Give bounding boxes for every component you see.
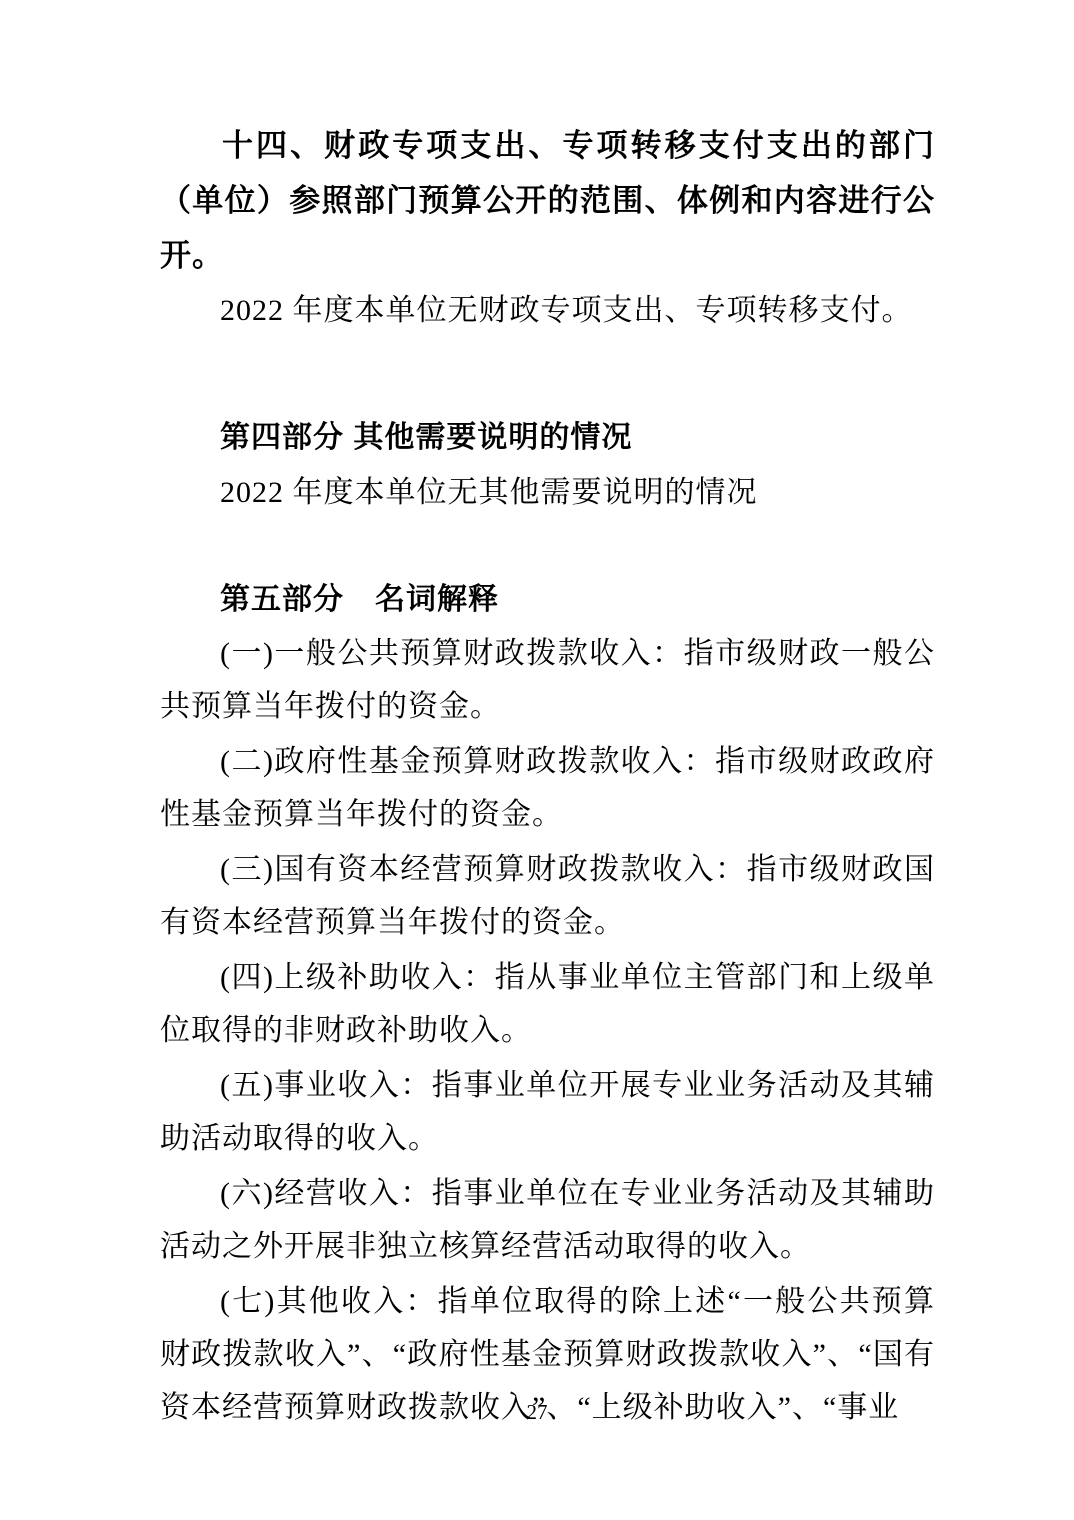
part5-heading: 第五部分 名词解释 [160,572,935,627]
section-14-heading: 十四、财政专项支出、专项转移支付支出的部门（单位）参照部门预算公开的范围、体例和… [160,118,935,283]
page-number: 27 [0,1400,1074,1425]
document-page: 十四、财政专项支出、专项转移支付支出的部门（单位）参照部门预算公开的范围、体例和… [0,0,1074,1520]
definition-item-1: (一)一般公共预算财政拨款收入：指市级财政一般公共预算当年拨付的资金。 [160,627,935,733]
definition-item-4: (四)上级补助收入：指从事业单位主管部门和上级单位取得的非财政补助收入。 [160,951,935,1057]
definition-item-5: (五)事业收入：指事业单位开展专业业务活动及其辅助活动取得的收入。 [160,1059,935,1165]
definition-item-3: (三)国有资本经营预算财政拨款收入：指市级财政国有资本经营预算当年拨付的资金。 [160,843,935,949]
definition-item-6: (六)经营收入：指事业单位在专业业务活动及其辅助活动之外开展非独立核算经营活动取… [160,1167,935,1273]
definition-item-2: (二)政府性基金预算财政拨款收入：指市级财政政府性基金预算当年拨付的资金。 [160,735,935,841]
part4-heading: 第四部分 其他需要说明的情况 [160,410,935,465]
section-14-body: 2022 年度本单位无财政专项支出、专项转移支付。 [160,283,935,338]
part4-body: 2022 年度本单位无其他需要说明的情况 [160,465,935,520]
